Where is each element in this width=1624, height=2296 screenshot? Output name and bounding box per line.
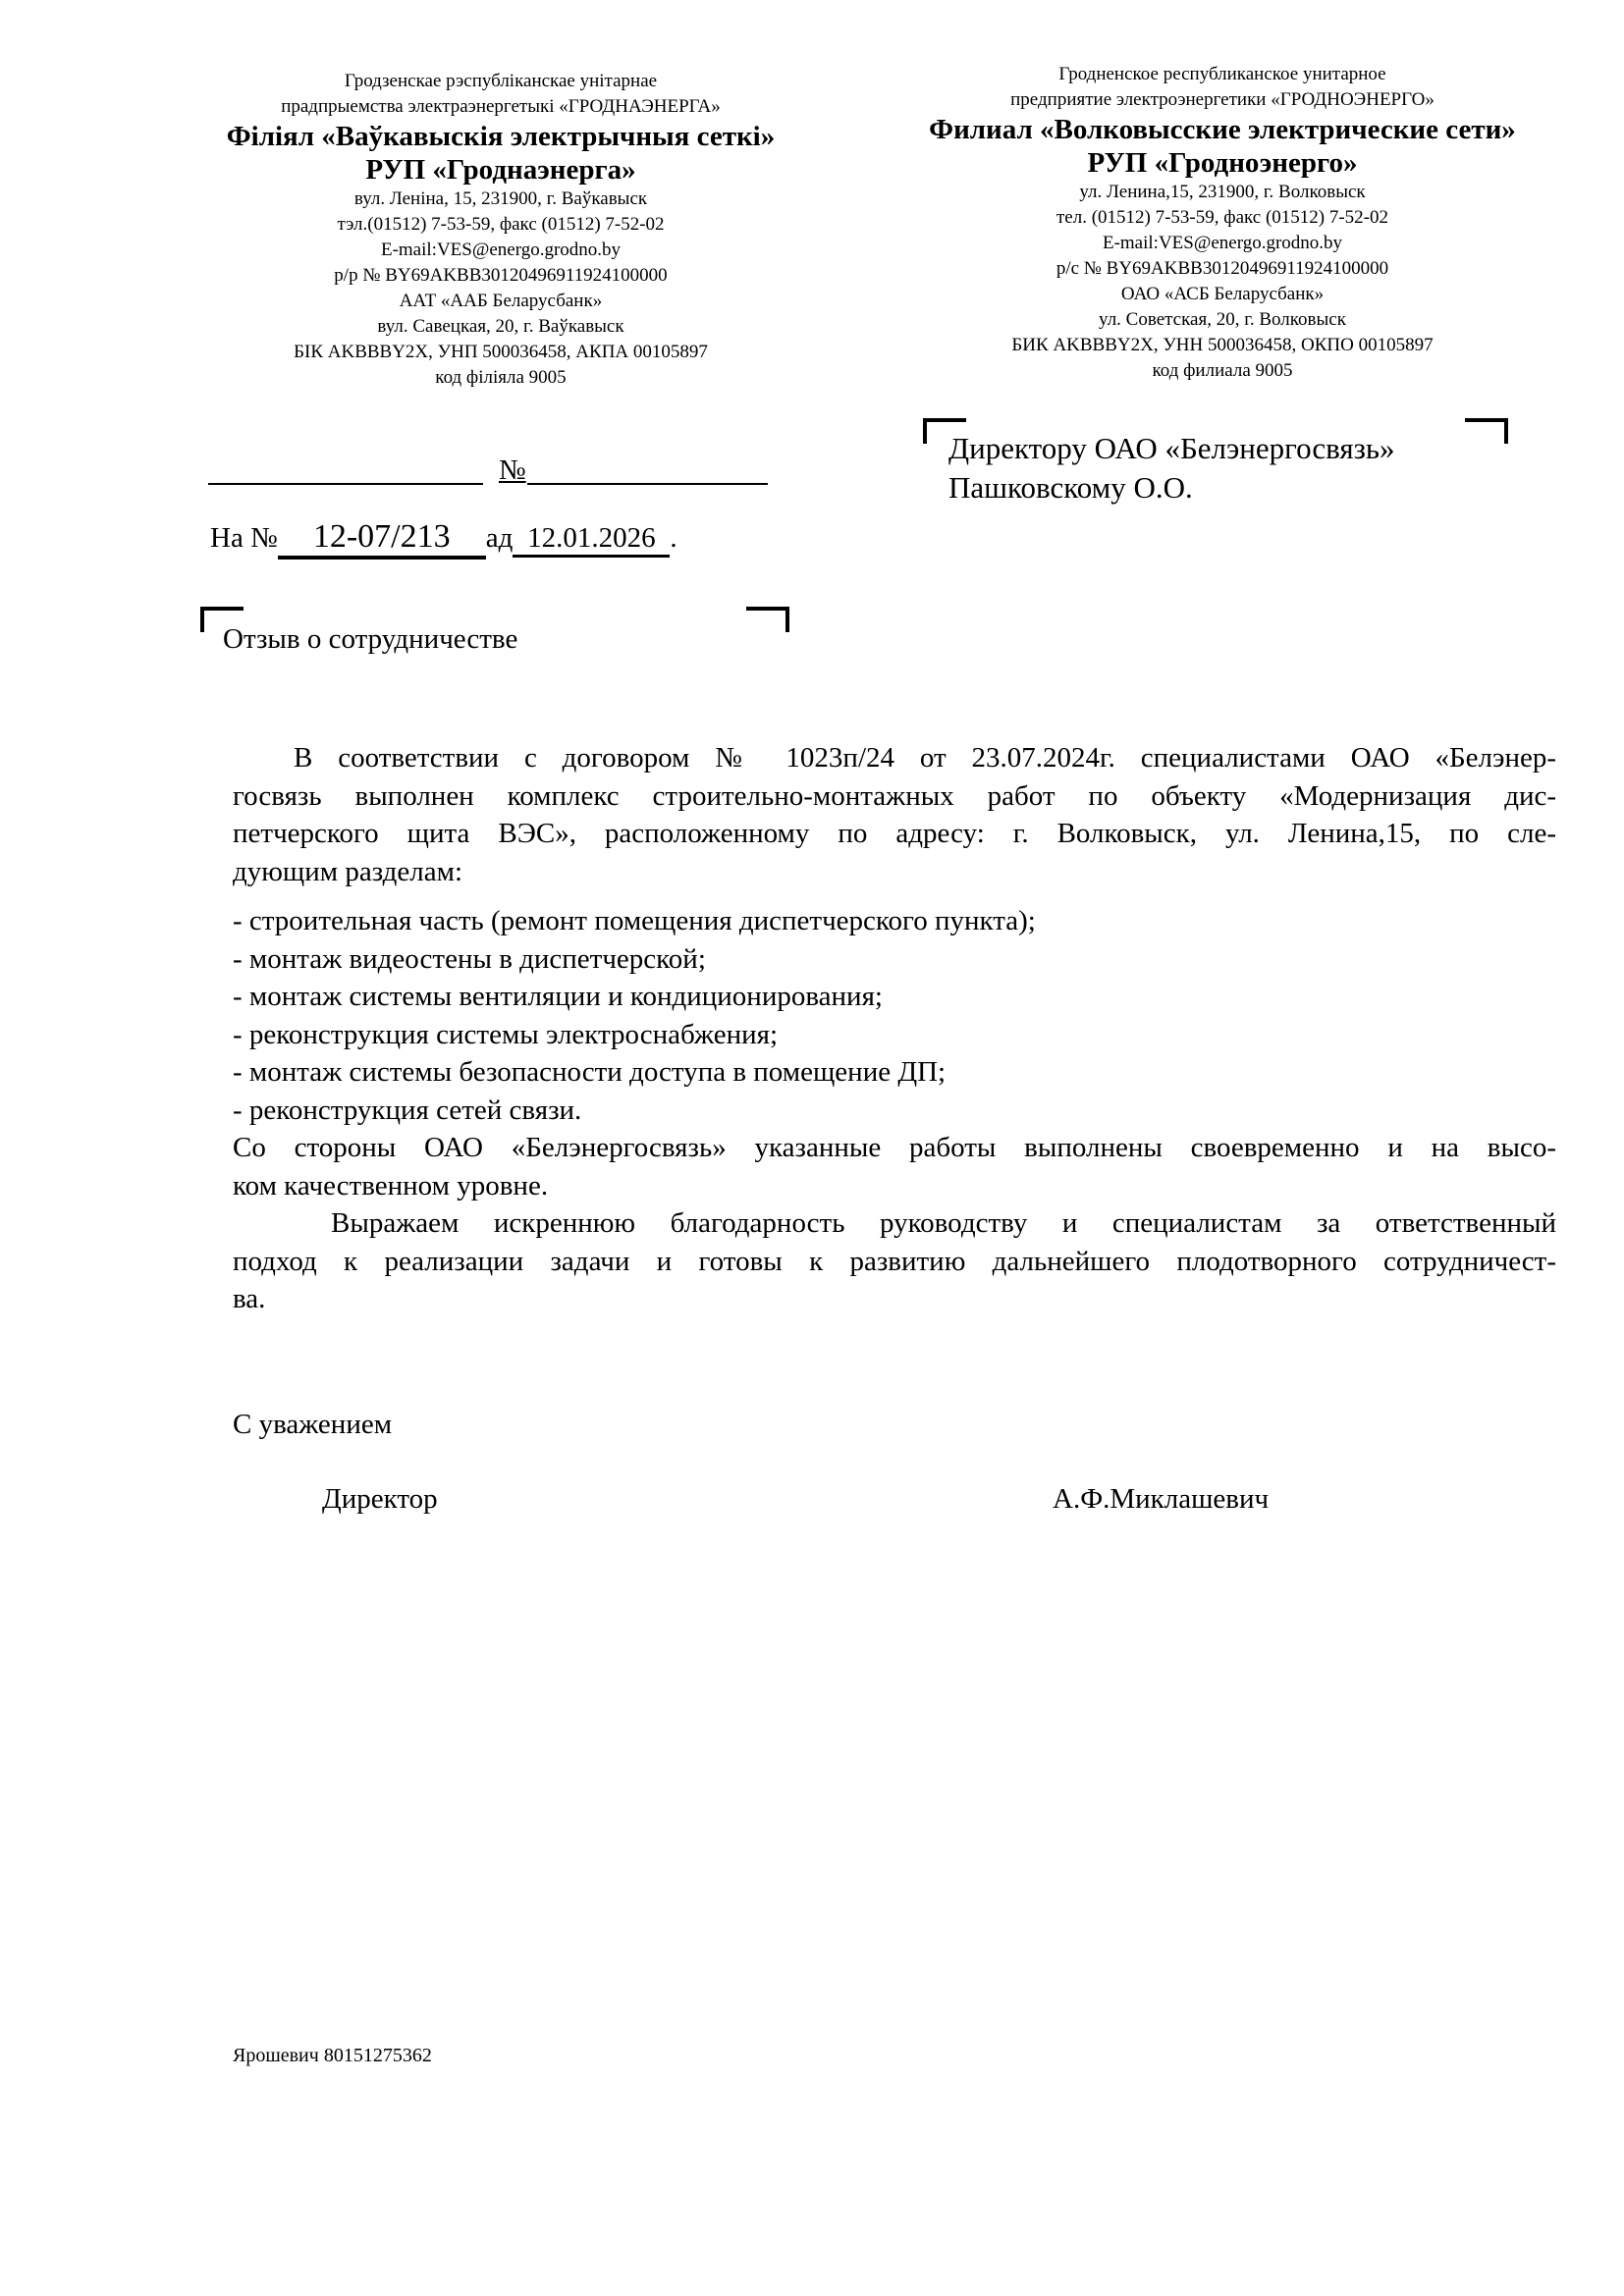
reference-suffix: . [670,522,677,554]
branch-title: Філіял «Ваўкавыскія электрычныя сеткі» [187,120,815,153]
bank-address: ул. Советская, 20, г. Волковыск [879,307,1566,333]
bank-name: ААТ «ААБ Беларусбанк» [187,289,815,314]
org-line: Гродненское республиканское унитарное [879,62,1566,87]
bank-codes: БИК AKBBBY2X, УНН 500036458, ОКПО 001058… [879,333,1566,358]
bank-name: ОАО «АСБ Беларусбанк» [879,282,1566,307]
phone-fax: тэл.(01512) 7-53-59, факс (01512) 7-52-0… [187,212,815,238]
org-line: Гродзенскае рэспубліканскае унітарнае [187,69,815,94]
closing-regards: С уважением [233,1406,392,1443]
email: E-mail:VES@energo.grodno.by [879,231,1566,256]
reference-date-label: ад [486,522,514,554]
reference-line: На №12-07/213ад12.01.2026. [210,518,677,560]
bank-address: вул. Савецкая, 20, г. Ваўкавыск [187,314,815,340]
org-line: прадпрыемства электраэнергетыкі «ГРОДНАЭ… [187,94,815,120]
subject-bracket-right [746,607,789,632]
executor-contact: Ярошевич 80151275362 [233,2045,432,2067]
letter-body: В соответствии с договором № 1023п/24 от… [233,739,1556,1318]
letterhead-left: Гродзенскае рэспубліканскае унітарнае пр… [187,69,815,391]
recipient-name: Пашковскому О.О. [948,469,1193,507]
body-line: Выражаем искреннюю благодарность руковод… [233,1204,1556,1243]
body-line: подход к реализации задачи и готовы к ра… [233,1243,1556,1281]
body-line: ва. [233,1280,1556,1318]
work-item: - строительная часть (ремонт помещения д… [233,902,1556,940]
org-line: предприятие электроэнергетики «ГРОДНОЭНЕ… [879,87,1566,113]
body-line: дующим разделам: [233,853,1556,891]
reference-date: 12.01.2026 [513,522,670,558]
bank-account: р/р № BY69AKBB30120496911924100000 [187,263,815,289]
branch-code: код філіяла 9005 [187,365,815,391]
work-item: - монтаж системы безопасности доступа в … [233,1053,1556,1092]
bank-account: р/с № BY69AKBB30120496911924100000 [879,256,1566,282]
body-line: В соответствии с договором № 1023п/24 от… [233,739,1556,777]
reference-prefix: На № [210,522,278,554]
outgoing-number-sign: № [499,454,526,487]
reference-number: 12-07/213 [278,518,486,560]
body-line: петчерского щита ВЭС», расположенному по… [233,815,1556,853]
outgoing-date-field [208,483,483,485]
outgoing-number-field [527,483,768,485]
branch-title: РУП «Гроднаэнерга» [187,153,815,187]
signatory-position: Директор [322,1480,438,1518]
work-item: - монтаж системы вентиляции и кондициони… [233,978,1556,1016]
phone-fax: тел. (01512) 7-53-59, факс (01512) 7-52-… [879,205,1566,231]
subject: Отзыв о сотрудничестве [223,620,517,658]
recipient-title: Директору ОАО «Белэнергосвязь» [948,430,1394,467]
address: ул. Ленина,15, 231900, г. Волковыск [879,180,1566,205]
branch-title: Филиал «Волковысские электрические сети» [879,113,1566,146]
body-line: госвязь выполнен комплекс строительно-мо… [233,777,1556,816]
address: вул. Леніна, 15, 231900, г. Ваўкавыск [187,187,815,212]
work-item: - монтаж видеостены в диспетчерской; [233,940,1556,979]
body-line: Со стороны ОАО «Белэнергосвязь» указанны… [233,1129,1556,1167]
email: E-mail:VES@energo.grodno.by [187,238,815,263]
branch-title: РУП «Гродноэнерго» [879,146,1566,180]
work-item: - реконструкция системы электроснабжения… [233,1016,1556,1054]
letterhead-right: Гродненское республиканское унитарное пр… [879,62,1566,384]
branch-code: код филиала 9005 [879,358,1566,384]
body-line: ком качественном уровне. [233,1167,1556,1205]
bank-codes: БІК AKBBBY2X, УНП 500036458, АКПА 001058… [187,340,815,365]
signatory-name: А.Ф.Миклашевич [1053,1480,1269,1518]
recipient-bracket-right [1465,418,1508,444]
work-item: - реконструкция сетей связи. [233,1092,1556,1130]
